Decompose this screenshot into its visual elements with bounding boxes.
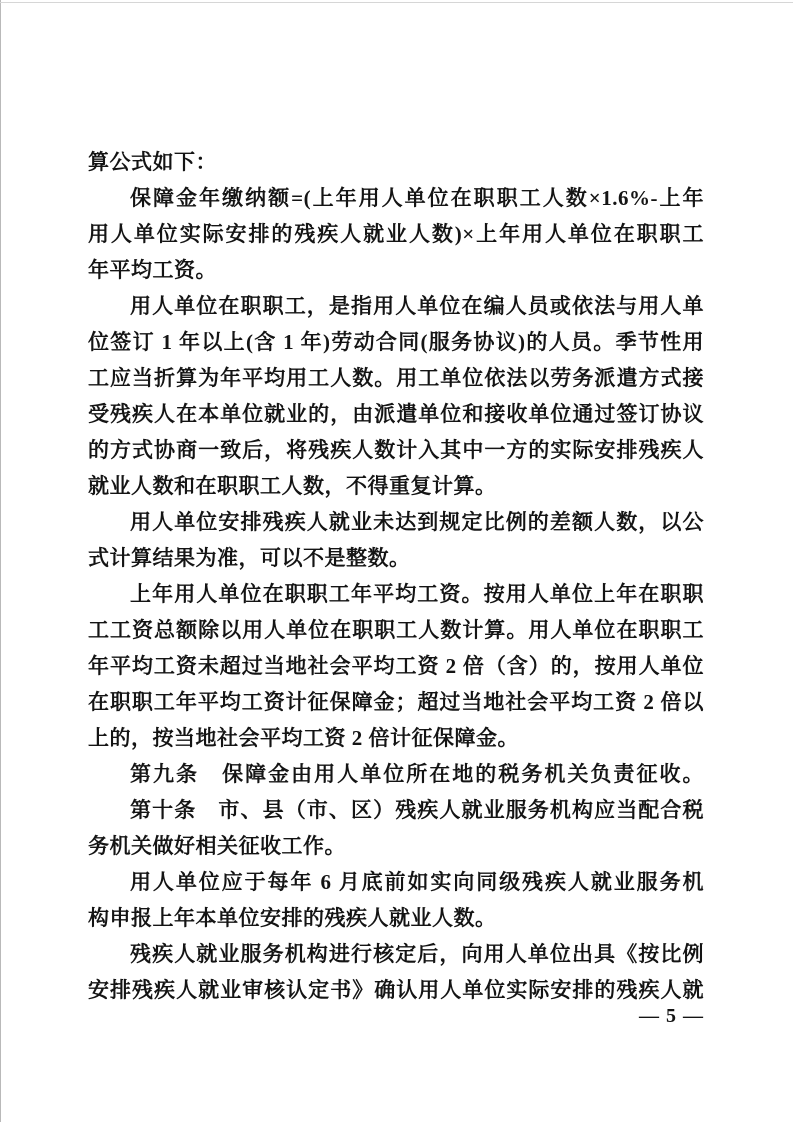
text-line: 构申报上年本单位安排的残疾人就业人数。: [88, 900, 704, 936]
text-line: 用人单位实际安排的残疾人就业人数)×上年用人单位在职职工: [88, 216, 704, 252]
text-line: 上的，按当地社会平均工资 2 倍计征保障金。: [88, 720, 704, 756]
text-line: 年平均工资。: [88, 252, 704, 288]
text-line: 式计算结果为准，可以不是整数。: [88, 540, 704, 576]
text-line: 在职职工年平均工资计征保障金；超过当地社会平均工资 2 倍以: [88, 684, 704, 720]
page-number: — 5 —: [639, 1005, 704, 1027]
text-line: 的方式协商一致后，将残疾人数计入其中一方的实际安排残疾人: [88, 432, 704, 468]
text-line: 残疾人就业服务机构进行核定后，向用人单位出具《按比例: [88, 936, 704, 972]
text-line: 用人单位应于每年 6 月底前如实向同级残疾人就业服务机: [88, 864, 704, 900]
text-line: 算公式如下：: [88, 144, 704, 180]
text-line: 位签订 1 年以上(含 1 年)劳动合同(服务协议)的人员。季节性用: [88, 324, 704, 360]
text-line: 务机关做好相关征收工作。: [88, 828, 704, 864]
text-line: 就业人数和在职职工人数，不得重复计算。: [88, 468, 704, 504]
page-footer: — 5 —: [639, 1002, 704, 1030]
document-page: 算公式如下：保障金年缴纳额=(上年用人单位在职职工人数×1.6%-上年用人单位实…: [0, 0, 793, 1122]
text-line: 第十条 市、县（市、区）残疾人就业服务机构应当配合税: [88, 792, 704, 828]
text-line: 工工资总额除以用人单位在职职工人数计算。用人单位在职职工: [88, 612, 704, 648]
text-line: 第九条 保障金由用人单位所在地的税务机关负责征收。: [88, 756, 704, 792]
text-line: 安排残疾人就业审核认定书》确认用人单位实际安排的残疾人就: [88, 972, 704, 1008]
text-line: 保障金年缴纳额=(上年用人单位在职职工人数×1.6%-上年: [88, 180, 704, 216]
text-line: 上年用人单位在职职工年平均工资。按用人单位上年在职职: [88, 576, 704, 612]
text-line: 用人单位安排残疾人就业未达到规定比例的差额人数，以公: [88, 504, 704, 540]
text-line: 年平均工资未超过当地社会平均工资 2 倍（含）的，按用人单位: [88, 648, 704, 684]
text-line: 工应当折算为年平均用工人数。用工单位依法以劳务派遣方式接: [88, 360, 704, 396]
text-line: 用人单位在职职工，是指用人单位在编人员或依法与用人单: [88, 288, 704, 324]
text-line: 受残疾人在本单位就业的，由派遣单位和接收单位通过签订协议: [88, 396, 704, 432]
document-body: 算公式如下：保障金年缴纳额=(上年用人单位在职职工人数×1.6%-上年用人单位实…: [88, 144, 704, 1008]
